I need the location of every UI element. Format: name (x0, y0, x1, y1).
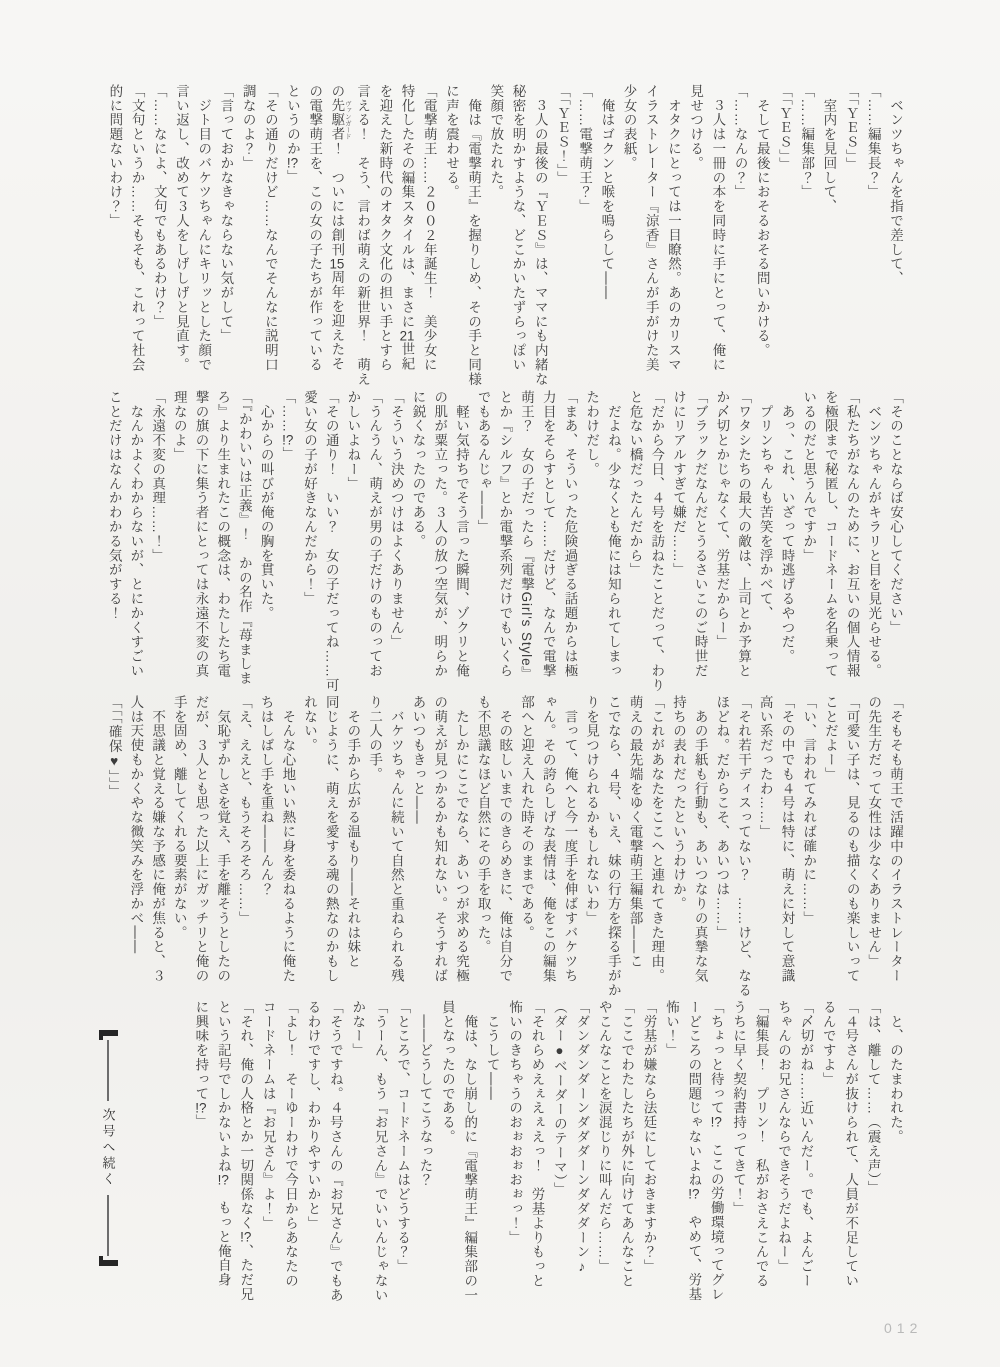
text-column: 「そういう決めつけはよくありません」 (385, 390, 407, 690)
text-column: 「「「確保♥」」」 (103, 695, 125, 995)
text-column: 萌王？ 女の子だったら『電撃Girl's Style』 (515, 390, 537, 690)
text-column: ことだよー」 (819, 695, 841, 995)
continue-label: 次号へ続く (99, 1108, 118, 1188)
text-column: ーどころの問題じゃないよね!? やめて、労基 (682, 1000, 704, 1300)
text-column: 愛い女の子が好きなんだから！」 (298, 390, 320, 690)
text-column: 言える！ そう、言わば萌えの新世界！ 萌え (351, 84, 373, 384)
text-column: あいつもきっと―― (407, 695, 429, 995)
text-column: こうして―― (480, 1000, 502, 1300)
bracket-bottom-icon (99, 1256, 118, 1266)
text-column: ３人は一冊の本を同時に手にとって、俺に (706, 84, 728, 384)
text-column: に興味を持って!?」 (189, 1000, 211, 1300)
text-column: 「『かわいいは正義』！ かの名作『苺ましま (233, 390, 255, 690)
text-column: ――どうしてこうなった？ (413, 1000, 435, 1300)
text-column: 見せつける。 (684, 84, 706, 384)
text-column: 「永遠不変の真理……！」 (146, 390, 168, 690)
text-column: と、のたまわれた。 (884, 1000, 906, 1300)
text-column: るんですよ」 (816, 1000, 838, 1300)
text-column: イラストレーター『涼香』さんが手がけた美 (640, 84, 662, 384)
text-column: そして最後におそるおそる問いかける。 (751, 84, 773, 384)
text-column: 「ワタシたちの最大の敵は、上司とか予算と (732, 390, 754, 690)
text-column: 「……電撃萌王？」 (573, 84, 595, 384)
text-column: 「これがあなたをここへと連れてきた理由。 (646, 695, 668, 995)
scanned-novel-page: ベンツちゃんを指で差して、「……編集長？」「「ＹＥＳ」」 室内を見回して、「……… (0, 0, 1000, 1367)
text-column: たわけだし。 (580, 390, 602, 690)
text-column: ３人の最後の『ＹＥＳ』は、ママにも内緒な (529, 84, 551, 384)
text-column: プリンちゃんも苦笑を浮かべて、 (754, 390, 776, 690)
text-column: けにリアルすぎて嫌だ……」 (667, 390, 689, 690)
text-column: 「……なによ、文句でもあるわけ？」 (148, 84, 170, 384)
text-column: 言い返し、改めて３人をしげしげと見直す。 (170, 84, 192, 384)
text-column: の先駆者ヴァンガード！ ついには創刊15周年を迎えたそ (325, 84, 351, 384)
text-column: りを見つけられるかもしれないわ」 (580, 695, 602, 995)
page-number: 012 (884, 1320, 922, 1336)
text-column: 「それ、俺の人格とか一切関係なく!?、ただ兄 (234, 1000, 256, 1300)
text-column: ほどね。だからこそ、あいつは……」 (711, 695, 733, 995)
text-column: 室内を見回して、 (817, 84, 839, 384)
text-column: 俺は『電撃萌王』を握りしめ、その手と同様 (462, 84, 484, 384)
text-band-1: ベンツちゃんを指で差して、「……編集長？」「「ＹＥＳ」」 室内を見回して、「……… (103, 84, 906, 384)
text-column: とか『シルフ』とか電撃系列だけでもいくら (494, 390, 516, 690)
divider (107, 1040, 109, 1101)
text-column: ベンツちゃんを指で差して、 (884, 84, 906, 384)
text-column: やこんなことを涙混じりに叫んだら……」 (592, 1000, 614, 1300)
text-column: 俺はゴクンと喉を鳴らして―― (595, 84, 617, 384)
text-column: 「電撃萌王……２００２年誕生！ 美少女に (418, 84, 440, 384)
divider (107, 1195, 109, 1256)
text-column: ベンツちゃんがキラリと目を見光らせる。 (863, 390, 885, 690)
text-column: 員となったのである。 (435, 1000, 457, 1300)
text-column: 調なのよ？」 (236, 84, 258, 384)
text-column: 「そのことならば安心してください」 (884, 390, 906, 690)
text-column: 撃の旗の下に集う者にとっては永遠不変の真 (190, 390, 212, 690)
text-column: に声を震わせる。 (440, 84, 462, 384)
text-column: に鋭くなったのである。 (407, 390, 429, 690)
text-column: うちに早く契約書持ってきて！」 (727, 1000, 749, 1300)
text-column: 部へと迎え入れた時そのままである。 (515, 695, 537, 995)
text-column: 「……!?」 (277, 390, 299, 690)
text-column: と危ない橋だったんだから」 (624, 390, 646, 690)
text-column: 「ブラックだなんだとうるさいこのご時世だ (689, 390, 711, 690)
text-column: を迎えた新時代のオタク文化の担い手とすら (373, 84, 395, 384)
text-column: 笑顔で放たれた。 (484, 84, 506, 384)
text-column: り二人の手。 (363, 695, 385, 995)
text-column: 不思議と覚える嫌な予感に俺が焦ると、３ (146, 695, 168, 995)
text-column: 力目をそらすとして……だけど、なんで電撃 (537, 390, 559, 690)
text-column: 「……編集部？」 (795, 84, 817, 384)
text-column: 的に問題ないわけ？」 (103, 84, 125, 384)
text-column: を極限まで秘匿し、コードネームを名乗って (819, 390, 841, 690)
text-column: 萌えの最先端をゆく電撃萌王編集部――こ (624, 695, 646, 995)
text-column: 気恥ずかしさを覚え、手を離そうとしたの (212, 695, 234, 995)
text-column: あの手紙も行動も、あいつなりの真摯な気 (689, 695, 711, 995)
text-column: 持ちの表れだったというわけか。 (667, 695, 689, 995)
text-column: 「その通り！ いい？ 女の子だってね……可 (320, 390, 342, 690)
text-column: だよね。少なくとも俺には知られてしまっ (602, 390, 624, 690)
text-column: ことだけはなんかわかる気がする！ (103, 390, 125, 690)
text-column: 「まあ、そういった危険過ぎる話題からは極 (559, 390, 581, 690)
text-column: かしいよねー」 (342, 390, 364, 690)
text-column: るわけですし、わかりやすいかと」 (301, 1000, 323, 1300)
text-column: 軽い気持ちでそう言った瞬間、ゾクリと俺 (450, 390, 472, 690)
text-column: でもあるんじゃ――」 (472, 390, 494, 690)
text-column: 「４号さんが抜けられて、人員が不足してい (839, 1000, 861, 1300)
text-column: 「「ＹＥＳ」」 (773, 84, 795, 384)
text-column: れない。 (298, 695, 320, 995)
text-column: 「それらめえぇえぇえっ！ 労基よりもっと (525, 1000, 547, 1300)
text-column: ちゃんのお兄さんならできそうだよねー」 (772, 1000, 794, 1300)
text-column: 特化したその編集スタイルは、まさに21世紀 (395, 84, 417, 384)
text-column: 秘密を明かすような、どこかいたずらっぽい (506, 84, 528, 384)
text-column: たしかにここでなら、あいつが求める究極 (450, 695, 472, 995)
bracket-top-icon (99, 1030, 118, 1040)
text-column: 「編集長！ プリン！ 私がおさえこんでる (749, 1000, 771, 1300)
text-band-3: 「そもそも萌王で活躍中のイラストレーターの先生方だって女性は少なくありません」「… (103, 695, 906, 995)
text-column: 「……なんの？」 (728, 84, 750, 384)
text-column: 「い、言われてみれば確かに……」 (797, 695, 819, 995)
text-column: も不思議なほど自然にその手を取った。 (472, 695, 494, 995)
text-column: 「それ若干ディスってない？ ……けど、なる (732, 695, 754, 995)
text-column: 「うーん、もう『お兄さん』でいいんじゃない (368, 1000, 390, 1300)
to-be-continued-marker: 次号へ続く (95, 1030, 121, 1266)
text-column: その手から広がる温もり――それは妹と (342, 695, 364, 995)
text-column: 言って、俺へと今一度手を伸ばすバケツち (559, 695, 581, 995)
text-column: あっ、これ、いざって時逃げるやつだ。 (776, 390, 798, 690)
text-column: 「だから今日、４号を訪ねたことだって、わり (646, 390, 668, 690)
text-column: 「「ＹＥＳ！」」 (551, 84, 573, 384)
text-column: か〆切とかじゃなくて、労基だからー」 (711, 390, 733, 690)
text-column: こでなら、４号、いえ、妹の行方を探る手がか (602, 695, 624, 995)
text-column: 「ダンダンダーンダダダーンダダダーン♪ (570, 1000, 592, 1300)
text-column: 心からの叫びが俺の胸を貫いた。 (255, 390, 277, 690)
text-column: いるのだと思うんですか」 (797, 390, 819, 690)
text-column: （ダー●ベーダーのテーマ）」 (548, 1000, 570, 1300)
text-column: 少女の表紙。 (617, 84, 639, 384)
text-column: ろ』より生まれたこの概念は、わたしたち電 (212, 390, 234, 690)
text-column: 「〆切がね……近いんだー。でも、よんごー (794, 1000, 816, 1300)
text-column: 「ちょっと待って!? ここの労働環境ってグレ (704, 1000, 726, 1300)
text-column: 「ここでわたしたちが外に向けてあんなこと (615, 1000, 637, 1300)
text-column: の先生方だって女性は少なくありません」 (863, 695, 885, 995)
text-column: 「よし！ そーゆーわけで今日からあなたの (279, 1000, 301, 1300)
text-column: ジト目のバケツちゃんにキリッとした顔で (192, 84, 214, 384)
text-column: ちはしばし手を重ね――んん？ (255, 695, 277, 995)
text-column: 手を固め、離してくれる要素がない。 (168, 695, 190, 995)
text-band-4: と、のたまわれた。「は、離して……（震え声）」「４号さんが抜けられて、人員が不足… (189, 1000, 906, 1300)
text-band-2: 「そのことならば安心してください」 ベンツちゃんがキラリと目を見光らせる。「私た… (103, 390, 906, 690)
text-column: 高い系だったわ……」 (754, 695, 776, 995)
text-column: そんな心地いい熱に身を委ねるように俺た (277, 695, 299, 995)
text-column: 「うんうん、萌えが男の子だけのものってお (363, 390, 385, 690)
text-column: 「言っておかなきゃならない気がして」 (214, 84, 236, 384)
text-column: 「私たちがなんのために、お互いの個人情報 (841, 390, 863, 690)
text-column: 「労基が嫌なら法廷にしておきますか？」 (637, 1000, 659, 1300)
text-column: 「そもそも萌王で活躍中のイラストレーター (884, 695, 906, 995)
text-column: コードネームは『お兄さん』よ！」 (256, 1000, 278, 1300)
text-column: の萌えが見つかるかも知れない。そうすれば (429, 695, 451, 995)
text-column: 「は、離して……（震え声）」 (861, 1000, 883, 1300)
text-column: かなー」 (346, 1000, 368, 1300)
text-column: 怖いのきちゃうのおぉおぉおぉっ！」 (503, 1000, 525, 1300)
text-column: の電撃萌王を、この女の子たちが作っている (303, 84, 325, 384)
text-column: 「その通りだけど……なんでそんなに説明口 (259, 84, 281, 384)
text-column: という記号でしかないよね!? もっと俺自身 (211, 1000, 233, 1300)
text-column: だが、３人とも思った以上にガッチリと俺の (190, 695, 212, 995)
text-column: の肌が粟立った。３人の放つ空気が、明らか (429, 390, 451, 690)
text-column: なんかよくわからないが、とにかくすごい (125, 390, 147, 690)
text-column: 「「ＹＥＳ」」 (839, 84, 861, 384)
text-column: 「文句というか……そもそも、これって社会 (125, 84, 147, 384)
text-column: 「……編集長？」 (862, 84, 884, 384)
text-column: 理なのよ」 (168, 390, 190, 690)
text-column: バケツちゃんに続いて自然と重ねられる残 (385, 695, 407, 995)
text-column: オタクにとっては一目瞭然。あのカリスマ (662, 84, 684, 384)
text-column: 「そうですね。４号さんの『お兄さん』でもあ (323, 1000, 345, 1300)
text-column: 俺は、なし崩し的に『電撃萌王』編集部の一 (458, 1000, 480, 1300)
text-column: 同じように、萌えを愛する魂の熱なのかもし (320, 695, 342, 995)
text-column: 「その中でも４号は特に、萌えに対して意識 (776, 695, 798, 995)
text-column: 「ところで、コードネームはどうする？」 (391, 1000, 413, 1300)
text-column: 「え、ええと、もうそろそろ……」 (233, 695, 255, 995)
text-column: ゃん。その誇らしげな表情は、俺をこの編集 (537, 695, 559, 995)
text-column: というのか!?」 (281, 84, 303, 384)
text-column: その眩しいまでのきらめきに、俺は自分で (494, 695, 516, 995)
text-column: 人は天使もかくやな微笑みを浮かべ―― (125, 695, 147, 995)
text-column: 「可愛い子は、見るのも描くのも楽しいって (841, 695, 863, 995)
text-column: 怖い！」 (660, 1000, 682, 1300)
